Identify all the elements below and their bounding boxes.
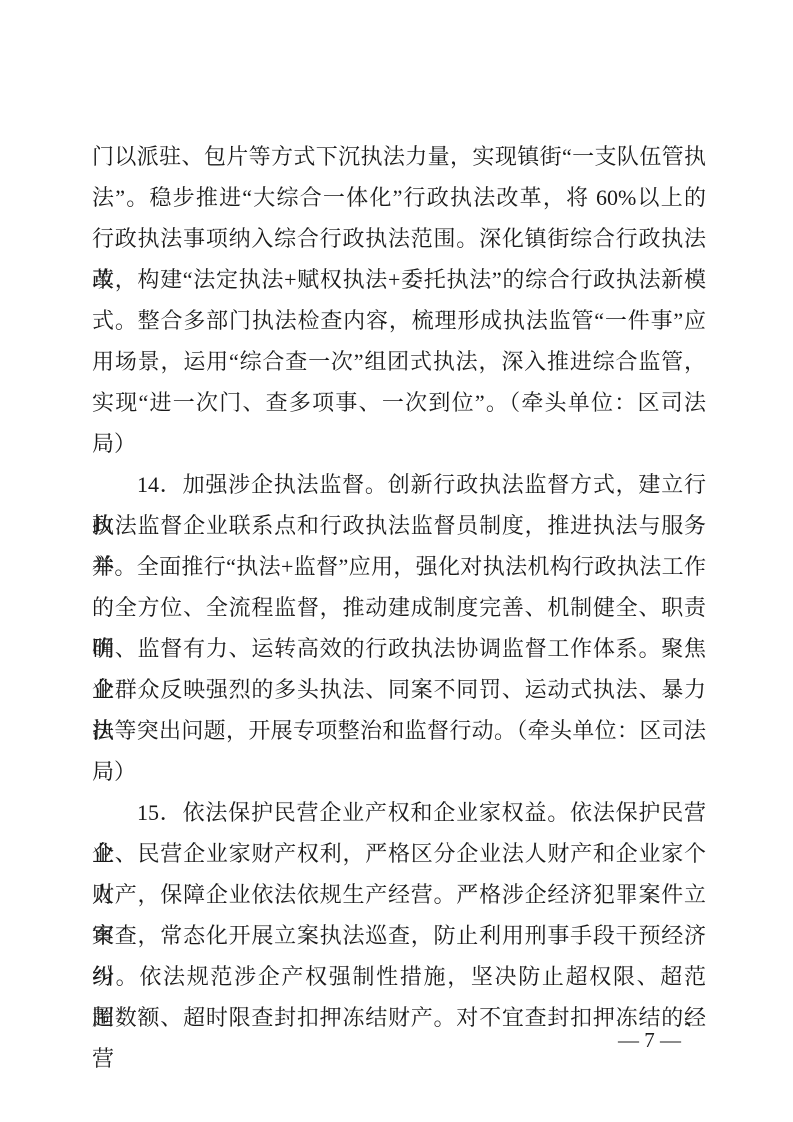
text-line: 确、监督有力、运转高效的行政执法协调监督工作体系。聚焦企: [92, 628, 706, 669]
page-number: — 7 —: [0, 1026, 681, 1054]
text-line: 式。整合多部门执法检查内容，梳理形成执法监管“一件事”应: [92, 300, 706, 341]
text-line: 业、民营企业家财产权利，严格区分企业法人财产和企业家个人: [92, 833, 706, 874]
text-line: 法等突出问题，开展专项整治和监督行动。（牵头单位：区司法: [92, 710, 706, 751]
text-line: 门以派驻、包片等方式下沉执法力量，实现镇街“一支队伍管执: [92, 136, 706, 177]
paragraph: 门以派驻、包片等方式下沉执法力量，实现镇街“一支队伍管执法”。稳步推进“大综合一…: [92, 136, 706, 464]
text-line: 举。全面推行“执法+监督”应用，强化对执法机构行政执法工作: [92, 546, 706, 587]
text-line: 14．加强涉企执法监督。创新行政执法监督方式，建立行政: [92, 464, 706, 505]
text-line: 局）: [92, 751, 706, 792]
text-line: 纷。依法规范涉企产权强制性措施，坚决防止超权限、超范围、: [92, 956, 706, 997]
text-line: 用场景，运用“综合查一次”组团式执法，深入推进综合监管，: [92, 341, 706, 382]
text-line: 财产，保障企业依法依规生产经营。严格涉企经济犯罪案件立案: [92, 874, 706, 915]
document-body: 门以派驻、包片等方式下沉执法力量，实现镇街“一支队伍管执法”。稳步推进“大综合一…: [92, 136, 706, 1038]
text-line: 实现“进一次门、查多项事、一次到位”。（牵头单位：区司法: [92, 382, 706, 423]
text-line: 革，构建“法定执法+赋权执法+委托执法”的综合行政执法新模: [92, 259, 706, 300]
text-line: 的全方位、全流程监督，推动建成制度完善、机制健全、职责明: [92, 587, 706, 628]
text-line: 业群众反映强烈的多头执法、同案不同罚、运动式执法、暴力执: [92, 669, 706, 710]
text-line: 15．依法保护民营企业产权和企业家权益。依法保护民营企: [92, 792, 706, 833]
text-line: 法”。稳步推进“大综合一体化”行政执法改革，将 60%以上的: [92, 177, 706, 218]
paragraph: 14．加强涉企执法监督。创新行政执法监督方式，建立行政执法监督企业联系点和行政执…: [92, 464, 706, 792]
text-line: 局）: [92, 423, 706, 464]
text-line: 行政执法事项纳入综合行政执法范围。深化镇街综合行政执法改: [92, 218, 706, 259]
text-line: 审查，常态化开展立案执法巡查，防止利用刑事手段干预经济纠: [92, 915, 706, 956]
text-line: 执法监督企业联系点和行政执法监督员制度，推进执法与服务并: [92, 505, 706, 546]
document-page: 门以派驻、包片等方式下沉执法力量，实现镇街“一支队伍管执法”。稳步推进“大综合一…: [0, 0, 793, 1122]
paragraph: 15．依法保护民营企业产权和企业家权益。依法保护民营企业、民营企业家财产权利，严…: [92, 792, 706, 1038]
